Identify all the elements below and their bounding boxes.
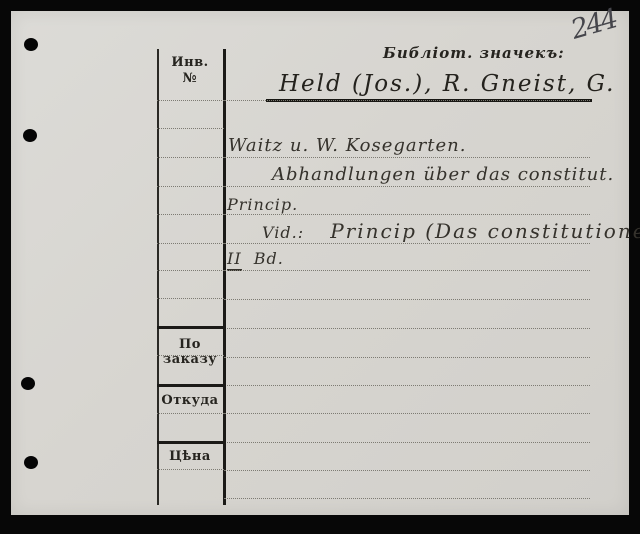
section-separator-line — [157, 326, 226, 329]
punch-hole — [24, 38, 38, 51]
authors-handwriting: Waitz u. W. Kosegarten. — [228, 137, 466, 155]
title-line1-handwriting: Abhandlungen über das constitut. — [272, 166, 614, 184]
inventory-column-rule-line — [157, 128, 224, 129]
writing-rule-line — [224, 270, 590, 271]
writing-rule-line — [224, 243, 590, 244]
writing-rule-line — [224, 328, 590, 329]
page-number-handwriting: 244 — [568, 3, 620, 45]
library-mark-label: Библіот. значекъ: — [383, 44, 565, 62]
inventory-column-rule-line — [157, 355, 224, 356]
punch-hole — [24, 456, 38, 469]
writing-rule-line — [224, 470, 590, 471]
inventory-column-rule-line — [157, 100, 224, 101]
inventory-label-line2: № — [157, 71, 223, 87]
inventory-column-rule-line — [157, 243, 224, 244]
inventory-column-rule-line — [157, 413, 224, 414]
title-line2-handwriting: Princip. — [227, 197, 298, 213]
punch-hole — [23, 129, 37, 142]
section-separator-line — [157, 384, 226, 387]
on-order-label: По заказу — [157, 337, 223, 367]
volume-line: II Bd. — [227, 251, 284, 267]
table-column-right-border — [223, 49, 226, 505]
scan-background: Библіот. значекъ: Инв. № По заказу Откуд… — [0, 0, 640, 534]
volume-label-handwriting: Bd. — [254, 249, 284, 268]
writing-rule-line — [224, 442, 590, 443]
inventory-column-rule-line — [157, 157, 224, 158]
inventory-column-rule-line — [157, 214, 224, 215]
inventory-column-rule-line — [157, 298, 224, 299]
writing-rule-line — [224, 157, 590, 158]
section-separator-line — [157, 441, 226, 444]
writing-rule-line — [224, 385, 590, 386]
vid-prefix-handwriting: Vid.: — [262, 223, 304, 242]
writing-rule-line — [224, 186, 590, 187]
writing-rule-line — [224, 498, 590, 499]
origin-label: Откуда — [157, 393, 223, 408]
catalog-card: Библіот. значекъ: Инв. № По заказу Откуд… — [11, 11, 629, 515]
cross-reference-line: Vid.: Princip (Das constitutionelle) — [262, 221, 640, 241]
shelf-heading-handwriting: Held (Jos.), R. Gneist, G. — [279, 73, 615, 96]
inventory-label-line1: Инв. — [157, 55, 223, 71]
inventory-column-rule-line — [157, 469, 224, 470]
writing-rule-line — [224, 100, 590, 101]
table-column-left-border — [157, 49, 159, 505]
punch-hole — [21, 377, 35, 390]
writing-rule-line — [224, 214, 590, 215]
writing-rule-line — [224, 413, 590, 414]
writing-rule-line — [224, 357, 590, 358]
price-label: Цѣна — [157, 449, 223, 464]
inventory-column-rule-line — [157, 270, 224, 271]
inventory-number-label: Инв. № — [157, 55, 223, 87]
volume-numeral-handwriting: II — [227, 249, 242, 271]
writing-rule-line — [224, 299, 590, 300]
vid-reference-handwriting: Princip (Das constitutionelle) — [330, 219, 640, 243]
inventory-column-rule-line — [157, 186, 224, 187]
